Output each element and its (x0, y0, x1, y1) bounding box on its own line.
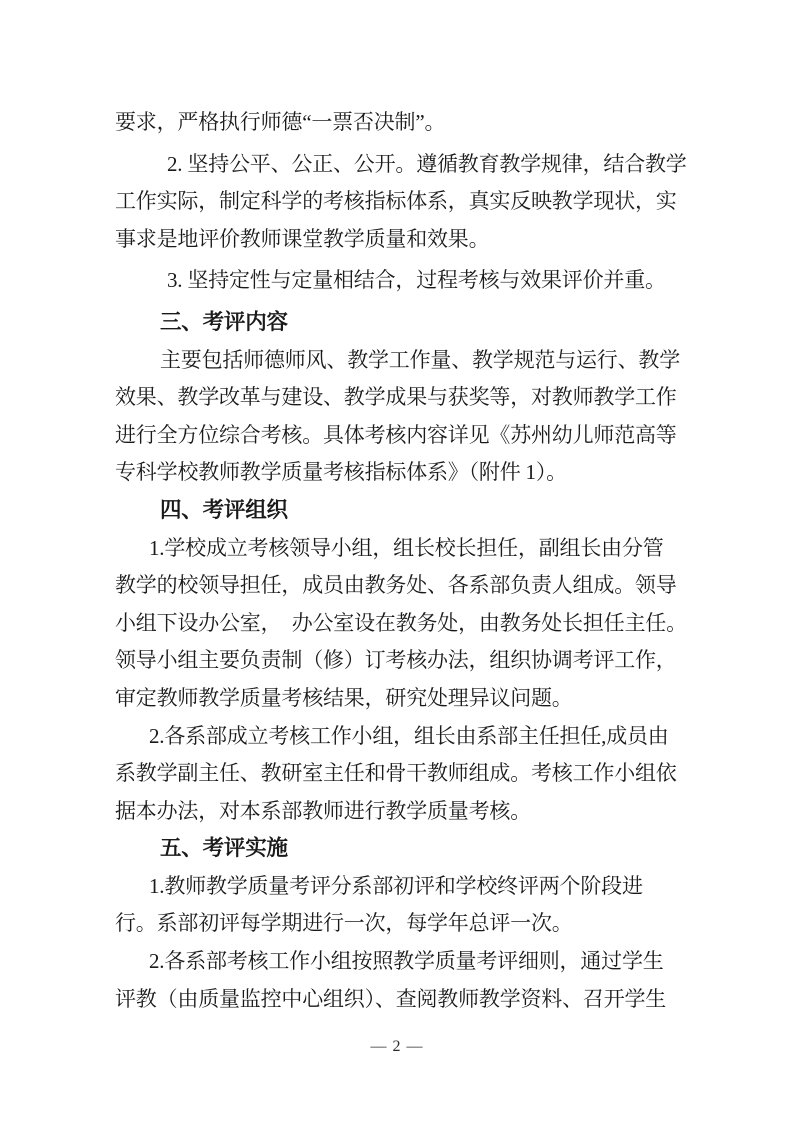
section-heading: 三、考评内容 (115, 304, 693, 342)
section-heading: 四、考评组织 (115, 492, 693, 530)
text-line: 行。系部初评每学期进行一次，每学年总评一次。 (115, 905, 693, 943)
text-line: 事求是地评价教师课堂教学质量和效果。 (115, 221, 693, 259)
paragraph: 2.各系部成立考核工作小组，组长由系部主任担任,成员由系教学副主任、教研室主任和… (115, 718, 693, 831)
paragraph: 1.教师教学质量考评分系部初评和学校终评两个阶段进行。系部初评每学期进行一次，每… (115, 868, 693, 943)
heading-line: 四、考评组织 (115, 492, 693, 530)
heading-line: 三、考评内容 (115, 304, 693, 342)
document-body: 要求，严格执行师德“一票否决制”。2. 坚持公平、公正、公开。遵循教育教学规律，… (115, 104, 693, 1018)
text-line: 专科学校教师教学质量考核指标体系》（附件 1）。 (115, 454, 693, 492)
document-page: 要求，严格执行师德“一票否决制”。2. 坚持公平、公正、公开。遵循教育教学规律，… (0, 0, 794, 1123)
text-line: 领导小组主要负责制（修）订考核办法，组织协调考评工作， (115, 642, 693, 680)
paragraph: 1.学校成立考核领导小组，组长校长担任，副组长由分管教学的校领导担任，成员由教务… (115, 530, 693, 718)
text-line: 2.各系部成立考核工作小组，组长由系部主任担任,成员由 (115, 718, 693, 756)
paragraph: 3. 坚持定性与定量相结合，过程考核与效果评价并重。 (115, 262, 693, 300)
text-line: 据本办法，对本系部教师进行教学质量考核。 (115, 793, 693, 831)
text-line: 教学的校领导担任，成员由教务处、各系部负责人组成。领导 (115, 567, 693, 605)
text-line: 审定教师教学质量考核结果，研究处理异议问题。 (115, 680, 693, 718)
text-line: 1.学校成立考核领导小组，组长校长担任，副组长由分管 (115, 530, 693, 568)
text-line: 评教（由质量监控中心组织）、查阅教师教学资料、召开学生 (115, 981, 693, 1019)
text-line: 系教学副主任、教研室主任和骨干教师组成。考核工作小组依 (115, 755, 693, 793)
page-number: — 2 — (0, 1038, 794, 1056)
text-line: 进行全方位综合考核。具体考核内容详见《苏州幼儿师范高等 (115, 417, 693, 455)
text-line: 工作实际，制定科学的考核指标体系，真实反映教学现状，实 (115, 183, 693, 221)
paragraph: 2.各系部考核工作小组按照教学质量考评细则，通过学生评教（由质量监控中心组织）、… (115, 943, 693, 1018)
text-line: 2.各系部考核工作小组按照教学质量考评细则，通过学生 (115, 943, 693, 981)
text-line: 1.教师教学质量考评分系部初评和学校终评两个阶段进 (115, 868, 693, 906)
paragraph: 主要包括师德师风、教学工作量、教学规范与运行、教学效果、教学改革与建设、教学成果… (115, 342, 693, 492)
paragraph: 2. 坚持公平、公正、公开。遵循教育教学规律，结合教学工作实际，制定科学的考核指… (115, 146, 693, 259)
paragraph: 要求，严格执行师德“一票否决制”。 (115, 104, 693, 142)
text-line: 小组下设办公室， 办公室设在教务处，由教务处长担任主任。 (115, 605, 693, 643)
section-heading: 五、考评实施 (115, 830, 693, 868)
text-line: 3. 坚持定性与定量相结合，过程考核与效果评价并重。 (115, 262, 693, 300)
text-line: 主要包括师德师风、教学工作量、教学规范与运行、教学 (115, 342, 693, 380)
text-line: 效果、教学改革与建设、教学成果与获奖等，对教师教学工作 (115, 379, 693, 417)
heading-line: 五、考评实施 (115, 830, 693, 868)
text-line: 2. 坚持公平、公正、公开。遵循教育教学规律，结合教学 (115, 146, 693, 184)
text-line: 要求，严格执行师德“一票否决制”。 (115, 104, 693, 142)
